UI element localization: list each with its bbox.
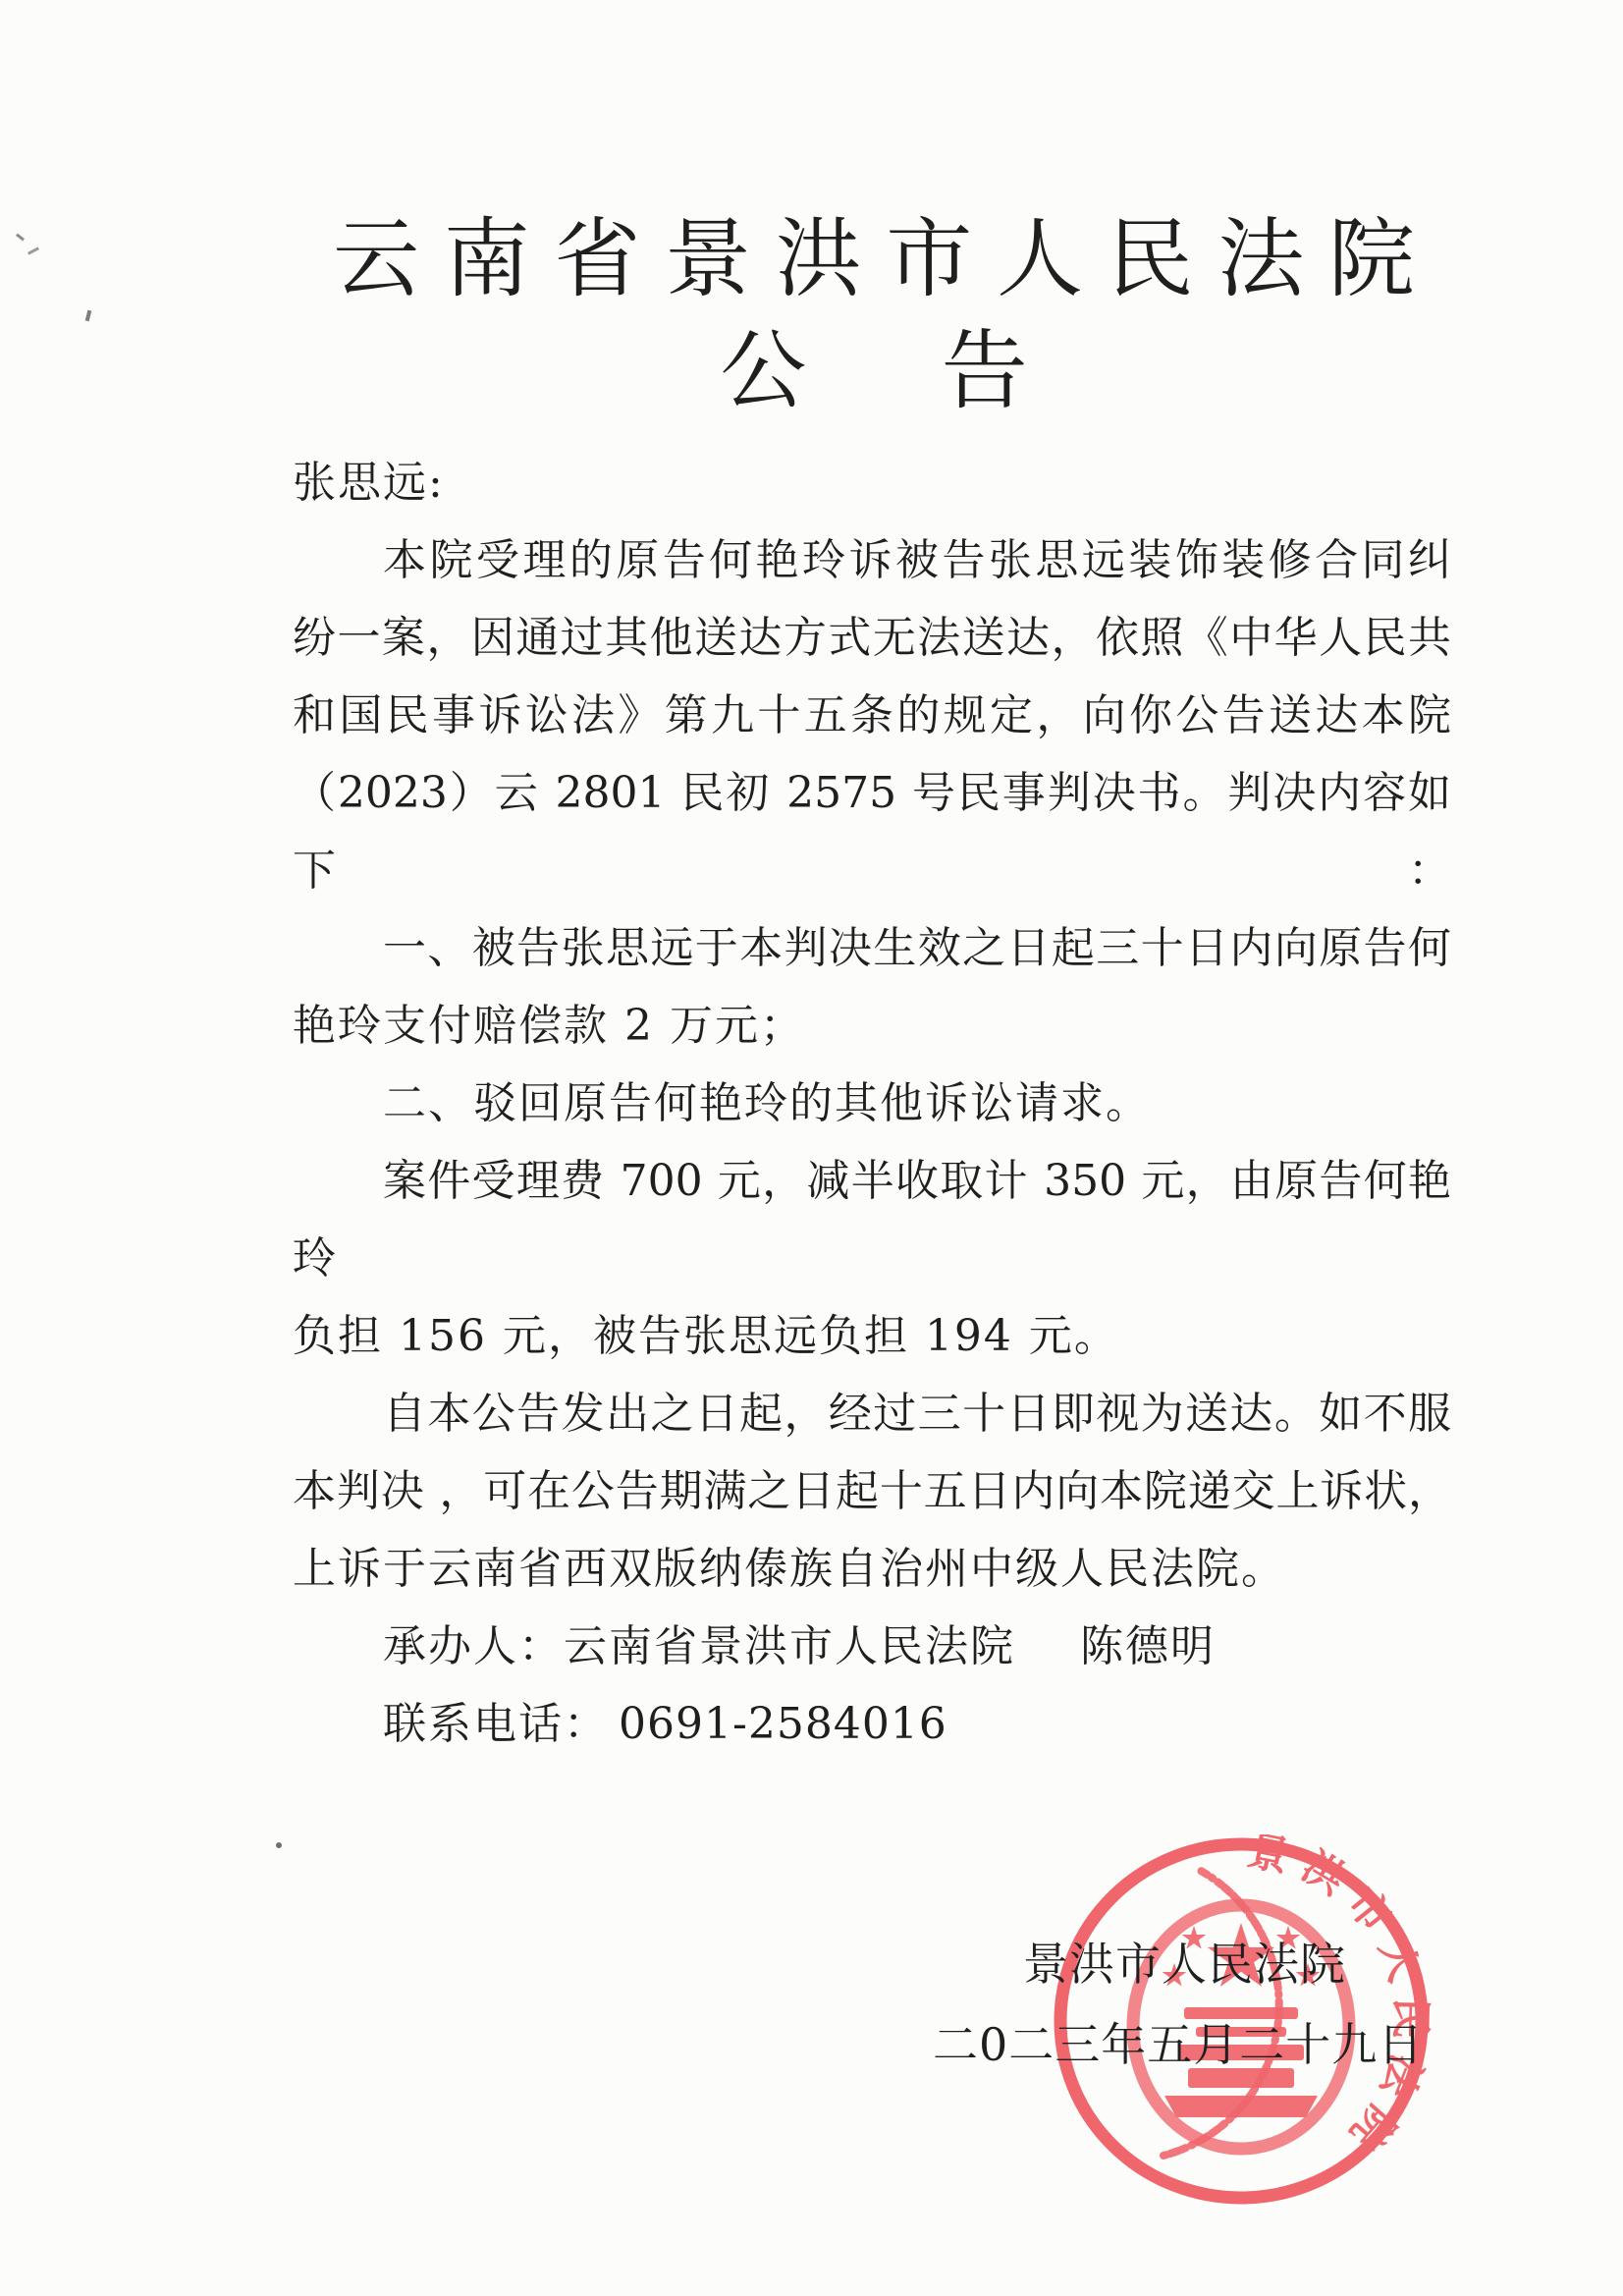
- scan-mark: [276, 1842, 282, 1848]
- title-block: 云南省景洪市人民法院 公 告: [290, 202, 1458, 426]
- recipient-line: 张思远:: [293, 444, 1451, 521]
- phone-line: 联系电话：0691-2584016: [293, 1685, 1451, 1763]
- scanned-court-notice: 云南省景洪市人民法院 公 告 张思远: 本院受理的原告何艳玲诉被告张思远装饰装修…: [0, 0, 1623, 2296]
- notice-body: 张思远: 本院受理的原告何艳玲诉被告张思远装饰装修合同纠 纷一案，因通过其他送达…: [293, 444, 1451, 1763]
- body-line: 一、被告张思远于本判决生效之日起三十日内向原告何: [293, 909, 1451, 987]
- phone-number: 0691-2584016: [619, 1685, 947, 1763]
- signature-court: 景洪市人民法院: [1023, 1929, 1346, 1994]
- body-line: 负担 156 元，被告张思远负担 194 元。: [293, 1297, 1451, 1375]
- handler-name: 陈德明: [1080, 1608, 1216, 1685]
- body-line: 本院受理的原告何艳玲诉被告张思远装饰装修合同纠: [293, 521, 1451, 599]
- body-line: 本判决 ，可在公告期满之日起十五日内向本院递交上诉状，: [293, 1452, 1451, 1530]
- body-line: 二、驳回原告何艳玲的其他诉讼请求。: [293, 1065, 1451, 1142]
- body-line: 艳玲支付赔偿款 2 万元；: [293, 987, 1451, 1065]
- body-line: 自本公告发出之日起，经过三十日即视为送达。如不服: [293, 1375, 1451, 1452]
- scan-mark: [27, 246, 39, 254]
- scan-mark: [16, 234, 25, 242]
- body-line: （2023）云 2801 民初 2575 号民事判决书。判决内容如下：: [293, 754, 1451, 909]
- scan-mark: [85, 310, 92, 322]
- court-title: 云南省景洪市人民法院: [290, 202, 1458, 316]
- body-line: 案件受理费 700 元，减半收取计 350 元，由原告何艳玲: [293, 1142, 1451, 1297]
- phone-label: 联系电话：: [383, 1685, 609, 1763]
- body-line: 纷一案，因通过其他送达方式无法送达，依照《中华人民共: [293, 599, 1451, 677]
- body-line: 上诉于云南省西双版纳傣族自治州中级人民法院。: [293, 1530, 1451, 1608]
- handler-court: 云南省景洪市人民法院: [564, 1608, 1015, 1685]
- handler-label: 承办人：: [383, 1608, 564, 1685]
- announcement-title: 公 告: [290, 316, 1458, 426]
- signature-date: 二0二三年五月二十九日: [933, 2009, 1424, 2074]
- seal-arc-text: 景洪市人民法院: [1243, 1834, 1434, 2168]
- body-line: 和国民事诉讼法》第九十五条的规定，向你公告送达本院: [293, 677, 1451, 754]
- handler-line: 承办人：云南省景洪市人民法院陈德明: [293, 1608, 1451, 1685]
